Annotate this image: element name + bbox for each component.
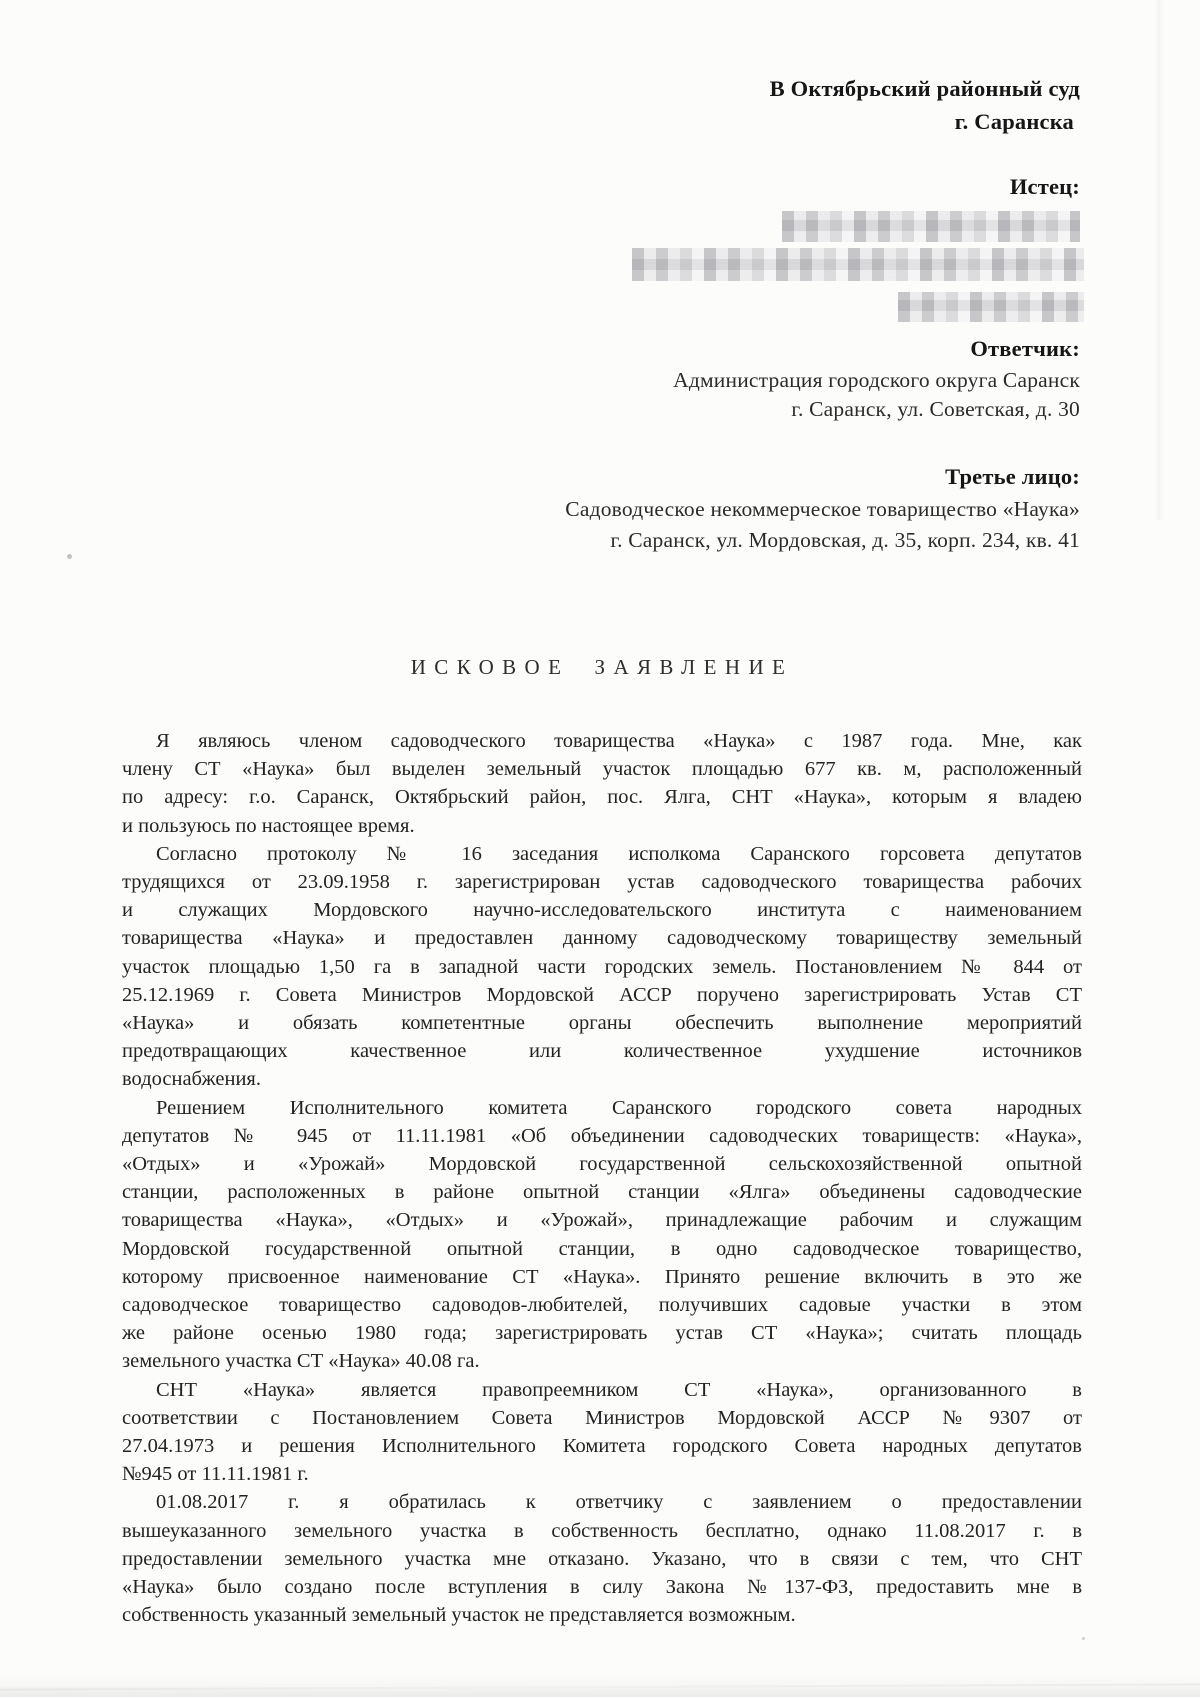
body-paragraph: Я являюсь членом садоводческого товарище… xyxy=(122,727,1082,840)
body-line: которому присвоенное наименование СТ «На… xyxy=(122,1263,1082,1291)
scanned-court-document-page: В Октябрьский районный суд г. Саранска И… xyxy=(0,0,1200,1697)
body-paragraph: Решением Исполнительного комитета Саранс… xyxy=(122,1094,1082,1376)
body-line: предоставлении земельного участка мне от… xyxy=(122,1545,1082,1573)
body-line: 01.08.2017 г. я обратилась к ответчику с… xyxy=(122,1488,1082,1516)
third-party-name: Садоводческое некоммерческое товариществ… xyxy=(565,497,1080,522)
body-line: земельного участка СТ «Наука» 40.08 га. xyxy=(122,1347,1082,1375)
body-line: «Наука» и обязать компетентные органы об… xyxy=(122,1009,1082,1037)
body-line: 27.04.1973 и решения Исполнительного Ком… xyxy=(122,1432,1082,1460)
body-paragraph: СНТ «Наука» является правопреемником СТ … xyxy=(122,1376,1082,1489)
body-line: 25.12.1969 г. Совета Министров Мордовско… xyxy=(122,981,1082,1009)
body-line: Мордовской государственной опытной станц… xyxy=(122,1235,1082,1263)
third-party-address: г. Саранск, ул. Мордовская, д. 35, корп.… xyxy=(610,528,1080,553)
court-name-line: В Октябрьский районный суд xyxy=(770,76,1080,102)
body-line: вышеуказанного земельного участка в собс… xyxy=(122,1517,1082,1545)
body-paragraph: Согласно протоколу № 16 заседания исполк… xyxy=(122,840,1082,1094)
plaintiff-label: Истец: xyxy=(1010,174,1080,200)
body-line: станции, расположенных в районе опытной … xyxy=(122,1178,1082,1206)
body-line: депутатов № 945 от 11.11.1981 «Об объеди… xyxy=(122,1122,1082,1150)
defendant-address: г. Саранск, ул. Советская, д. 30 xyxy=(791,397,1080,422)
body-line: Я являюсь членом садоводческого товарище… xyxy=(122,727,1082,755)
body-paragraph: 01.08.2017 г. я обратилась к ответчику с… xyxy=(122,1488,1082,1629)
defendant-label: Ответчик: xyxy=(970,336,1080,362)
body-line: и служащих Мордовского научно-исследоват… xyxy=(122,896,1082,924)
document-body: Я являюсь членом садоводческого товарище… xyxy=(122,727,1082,1630)
court-city-line: г. Саранска xyxy=(955,109,1074,135)
defendant-name: Администрация городского округа Саранск xyxy=(673,368,1080,393)
body-line: трудящихся от 23.09.1958 г. зарегистриро… xyxy=(122,868,1082,896)
scan-speck xyxy=(67,554,72,559)
body-line: «Наука» было создано после вступления в … xyxy=(122,1573,1082,1601)
body-line: же районе осенью 1980 года; зарегистриро… xyxy=(122,1319,1082,1347)
body-line: участок площадью 1,50 га в западной част… xyxy=(122,953,1082,981)
body-line: соответствии с Постановлением Совета Мин… xyxy=(122,1404,1082,1432)
body-line: СНТ «Наука» является правопреемником СТ … xyxy=(122,1376,1082,1404)
body-line: товарищества «Наука» и предоставлен данн… xyxy=(122,924,1082,952)
body-line: №945 от 11.11.1981 г. xyxy=(122,1460,1082,1488)
redacted-plaintiff-line-1 xyxy=(782,211,1080,242)
body-line: собственность указанный земельный участо… xyxy=(122,1601,1082,1629)
body-line: Согласно протоколу № 16 заседания исполк… xyxy=(122,840,1082,868)
body-line: и пользуюсь по настоящее время. xyxy=(122,812,1082,840)
body-line: Решением Исполнительного комитета Саранс… xyxy=(122,1094,1082,1122)
scan-edge-artifact xyxy=(1154,0,1164,520)
document-title: ИСКОВОЕ ЗАЯВЛЕНИЕ xyxy=(122,655,1082,680)
scan-speck xyxy=(1082,1637,1085,1640)
body-line: по адресу: г.о. Саранск, Октябрьский рай… xyxy=(122,783,1082,811)
body-line: предотвращающих качественное или количес… xyxy=(122,1037,1082,1065)
body-line: садоводческое товарищество садоводов-люб… xyxy=(122,1291,1082,1319)
redacted-plaintiff-line-3 xyxy=(898,292,1084,322)
scan-edge-artifact xyxy=(0,1671,1200,1697)
body-line: водоснабжения. xyxy=(122,1065,1082,1093)
body-line: члену СТ «Наука» был выделен земельный у… xyxy=(122,755,1082,783)
body-line: товарищества «Наука», «Отдых» и «Урожай»… xyxy=(122,1206,1082,1234)
third-party-label: Третье лицо: xyxy=(945,464,1080,490)
redacted-plaintiff-line-2 xyxy=(632,248,1084,281)
body-line: «Отдых» и «Урожай» Мордовской государств… xyxy=(122,1150,1082,1178)
